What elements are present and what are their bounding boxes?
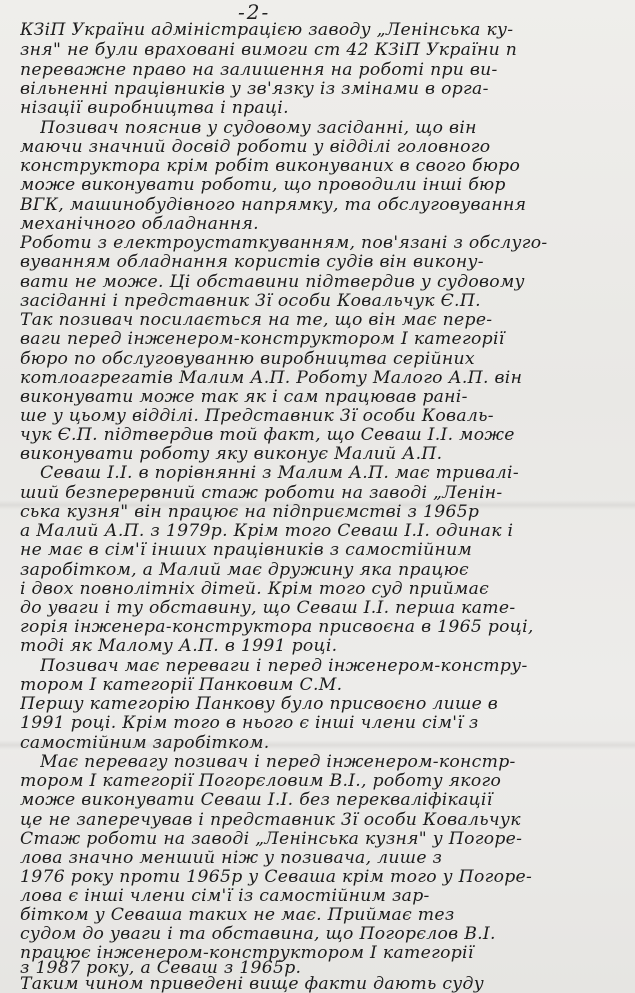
text-line: вуванням обладнання користів судів він в… [20, 252, 635, 272]
text-line: Позивач має переваги і перед інженером-к… [40, 656, 635, 676]
text-line: котлоагрегатів Малим А.П. Роботу Малого … [20, 368, 635, 388]
text-line: Позивач пояснив у судовому засіданні, що… [40, 118, 635, 138]
text-line: КЗіП України адміністрацією заводу „Лені… [20, 20, 635, 40]
text-line: 1991 році. Крім того в нього є інші член… [20, 713, 635, 733]
text-line: виконувати може так як і сам працював ра… [20, 387, 635, 407]
text-line: Має перевагу позивач і перед інженером-к… [40, 752, 635, 772]
text-line: бітком у Севаша таких не має. Приймає те… [20, 905, 635, 925]
text-line: судом до уваги і та обставина, що Погорє… [20, 924, 635, 944]
text-line: вільненні працівників у зв'язку із зміна… [20, 79, 635, 99]
text-line: нізації виробництва і праці. [20, 98, 635, 118]
text-line: вати не може. Ці обставини підтвердив у … [20, 272, 635, 292]
text-line: Севаш І.І. в порівнянні з Малим А.П. має… [40, 463, 635, 483]
text-line: ська кузня" він працює на підприємстві з… [20, 502, 635, 522]
text-line: тоді як Малому А.П. в 1991 році. [20, 636, 635, 656]
text-line: ший безперервний стаж роботи на заводі „… [20, 483, 635, 503]
text-line: Таким чином приведені вище факти дають с… [20, 974, 635, 993]
text-line: ВГК, машинобудівного напрямку, та обслуг… [20, 195, 635, 215]
text-line: тором І категорії Погорєловим В.І., робо… [20, 771, 635, 791]
text-line: ваги перед інженером-конструктором І кат… [20, 329, 635, 349]
text-line: конструктора крім робіт виконуваних в св… [20, 156, 635, 176]
text-line: чук Є.П. підтвердив той факт, що Севаш І… [20, 425, 635, 445]
text-line: не має в сім'ї інших працівників з самос… [20, 540, 635, 560]
text-line: самостійним заробітком. [20, 733, 635, 753]
text-line: тором І категорії Панковим С.М. [20, 675, 635, 695]
text-line: лова значно менший ніж у позивача, лише … [20, 848, 635, 868]
text-line: бюро по обслуговуванню виробництва серій… [20, 349, 635, 369]
text-line: може виконувати роботи, що проводили інш… [20, 175, 635, 195]
text-line: маючи значний досвід роботи у відділі го… [20, 137, 635, 157]
text-line: і двох повнолітніх дітей. Крім того суд … [20, 579, 635, 599]
text-line: заробітком, а Малий має дружину яка прац… [20, 560, 635, 580]
text-line: ше у цьому відділі. Представник 3ї особи… [20, 406, 635, 426]
text-line: Стаж роботи на заводі „Ленінська кузня" … [20, 829, 635, 849]
text-line: до уваги і ту обставину, що Севаш І.І. п… [20, 598, 635, 618]
text-line: Так позивач посилається на те, що він ма… [20, 310, 635, 330]
text-line: горія інженера-конструктора присвоєна в … [20, 617, 635, 637]
text-line: виконувати роботу яку виконує Малий А.П. [20, 444, 635, 464]
scanned-handwritten-page: -2- КЗіП України адміністрацією заводу „… [0, 0, 635, 993]
text-line: 1976 року проти 1965р у Севаша крім того… [20, 867, 635, 887]
text-line: механічного обладнання. [20, 214, 635, 234]
text-line: зня" не були враховані вимоги ст 42 КЗіП… [20, 40, 635, 60]
text-line: засіданні і представник 3ї особи Ковальч… [20, 291, 635, 311]
text-line: це не заперечував і представник 3ї особи… [20, 810, 635, 830]
text-line: Роботи з електроустаткуванням, пов'язані… [20, 233, 635, 253]
text-line: може виконувати Севаш І.І. без переквалі… [20, 790, 635, 810]
text-line: переважне право на залишення на роботі п… [20, 60, 635, 80]
text-line: а Малий А.П. з 1979р. Крім того Севаш І.… [20, 521, 635, 541]
text-line: Першу категорію Панкову було присвоєно л… [20, 694, 635, 714]
text-line: лова є інші члени сім'ї із самостійним з… [20, 886, 635, 906]
